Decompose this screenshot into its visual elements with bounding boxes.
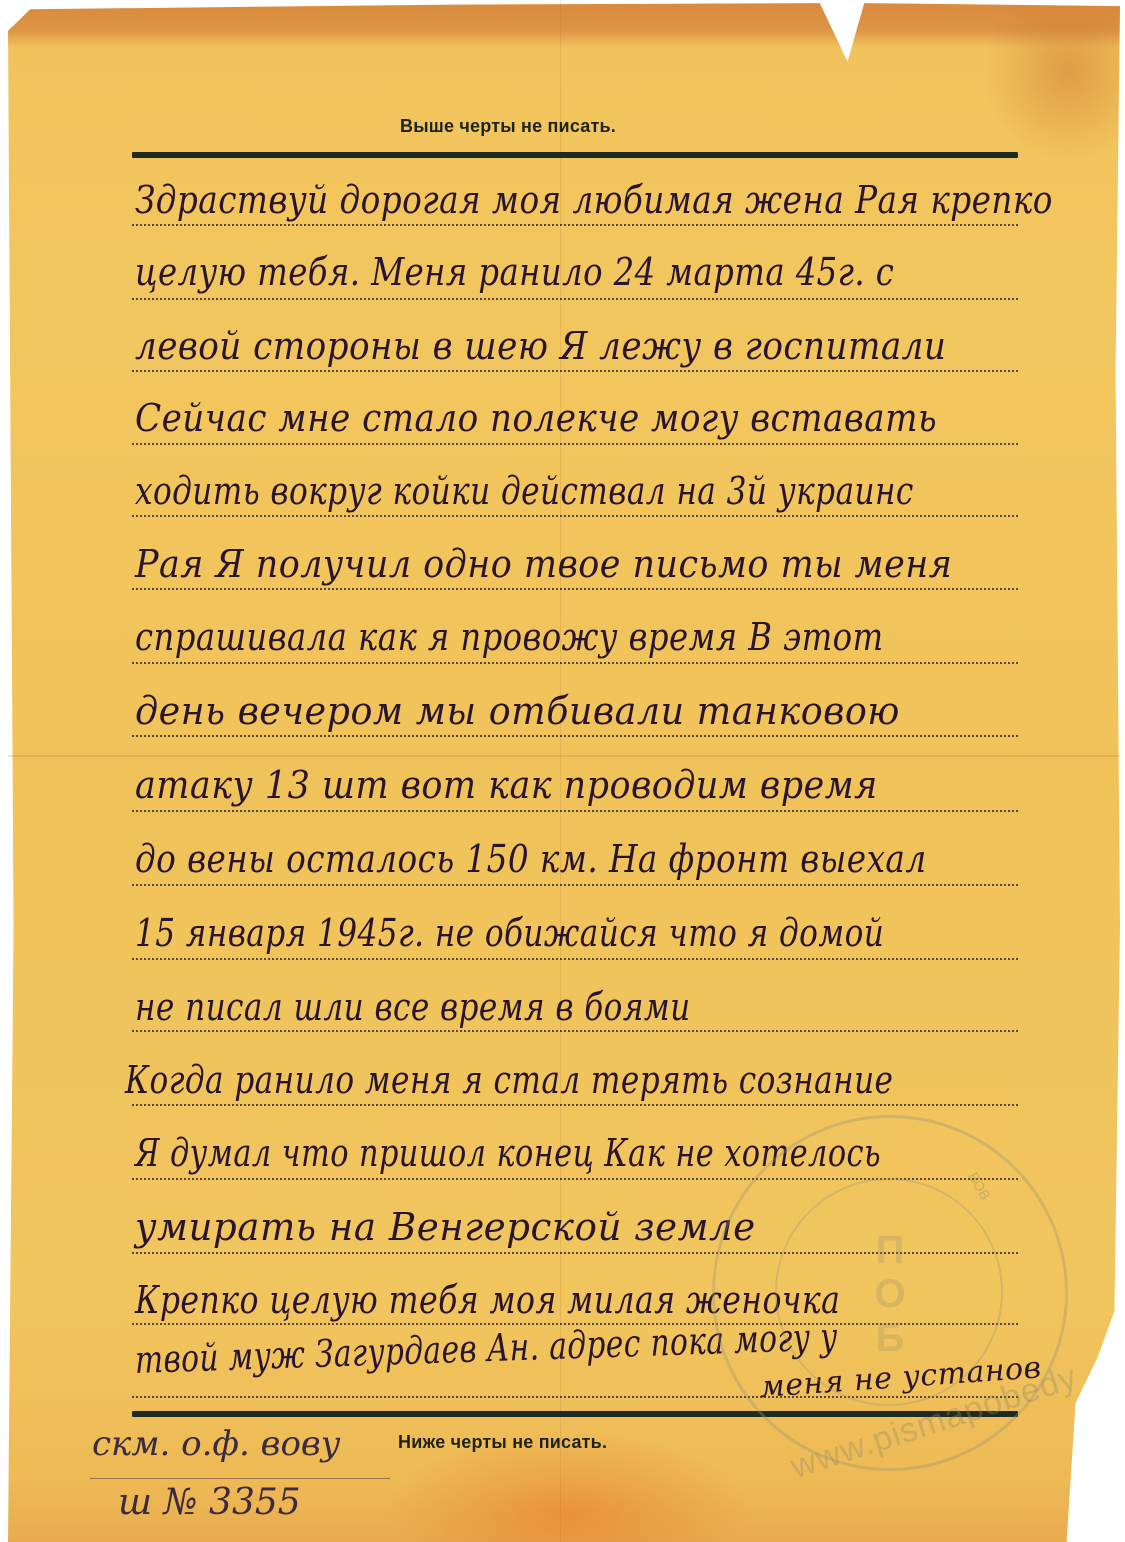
dotted-line: [132, 515, 1018, 517]
watermark-arc-text: ВОВ: [965, 1169, 993, 1202]
margin-note-2: ш № 3355: [118, 1482, 301, 1523]
dotted-line: [132, 370, 1018, 372]
handwritten-line-12: не писал шли все время в боями: [135, 985, 947, 1029]
top-rule: [132, 152, 1018, 158]
watermark-center-mark: П О Б: [835, 1228, 945, 1360]
margin-note-underline: [90, 1478, 390, 1479]
dotted-line: [132, 1104, 1018, 1106]
dotted-line: [132, 958, 1018, 960]
handwritten-line-9: атаку 13 шт вот как проводим время: [135, 763, 1046, 807]
dotted-line: [132, 443, 1018, 445]
dotted-line: [132, 588, 1018, 590]
handwritten-line-5: ходить вокруг койки действал на 3й украи…: [135, 469, 947, 513]
handwritten-line-13: Когда ранило меня я стал терять сознание: [125, 1058, 937, 1102]
printed-footer: Ниже черты не писать.: [398, 1432, 607, 1453]
handwritten-line-7: спрашивала как я провожу время В этот: [135, 615, 977, 659]
dotted-line: [132, 884, 1018, 886]
paper-fold-horizontal: [8, 755, 1120, 757]
watermark-stamp: ВОВ П О Б www.pismapobedy: [712, 1115, 1068, 1471]
handwritten-line-8: день вечером мы отбивали танковою: [135, 689, 1085, 733]
dotted-line: [132, 298, 1018, 300]
margin-note-1: скм. о.ф. вову: [92, 1424, 340, 1464]
dotted-line: [132, 735, 1018, 737]
handwritten-line-10: до вены осталось 150 км. На фронт выехал: [135, 837, 986, 881]
handwritten-line-4: Сейчас мне стало полекче могу вставать: [135, 396, 1026, 440]
handwritten-line-6: Рая Я получил одно твое письмо ты меня: [135, 542, 1046, 586]
handwritten-line-3: левой стороны в шею Я лежу в госпитали: [135, 324, 1026, 368]
printed-header: Выше черты не писать.: [400, 116, 616, 137]
dotted-line: [132, 662, 1018, 664]
handwritten-line-1: Здраствуй дорогая моя любимая жена Рая к…: [135, 178, 986, 222]
handwritten-line-2: целую тебя. Меня ранило 24 марта 45г. с: [135, 250, 977, 294]
dotted-line: [132, 1030, 1018, 1032]
dotted-line: [132, 810, 1018, 812]
dotted-line: [132, 224, 1018, 226]
handwritten-line-11: 15 января 1945г. не обижайся что я домой: [135, 911, 947, 955]
